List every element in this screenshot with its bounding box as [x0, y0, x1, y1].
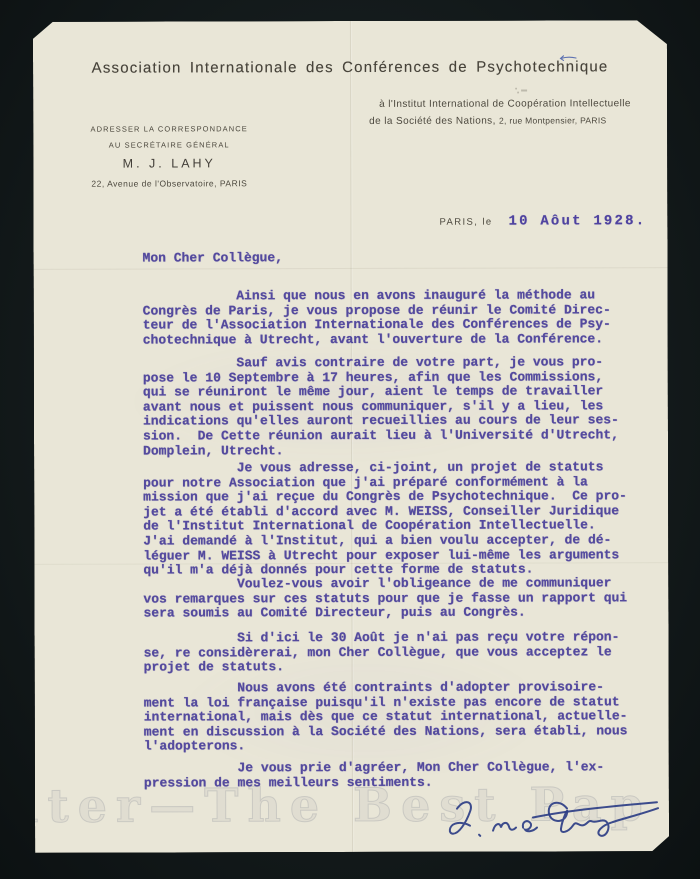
- letterhead-correspondence-block: ADRESSER LA CORRESPONDANCE AU SECRÉTAIRE…: [81, 124, 257, 188]
- pen-mark: [558, 53, 578, 63]
- paragraph-2: Sauf avis contraire de votre part, je vo…: [143, 355, 619, 458]
- paragraph-7: Je vous prie d'agréer, Mon Cher Collègue…: [144, 760, 604, 790]
- dateline: PARIS, le 10 Aôut 1928.: [439, 213, 646, 230]
- paragraph-3: Je vous adresse, ci-joint, un projet de …: [143, 460, 627, 578]
- body-line: ment en discussion à la Société des Nati…: [144, 724, 628, 740]
- paragraph-6: Nous avons été contraints d'adopter prov…: [144, 680, 628, 754]
- salutation: Mon Cher Collègue,: [143, 251, 283, 266]
- body-line: Domplein, Utrecht.: [143, 443, 619, 459]
- body-line: se, re considèrerai, mon Cher Collègue, …: [144, 645, 620, 661]
- letter-page: iter—The Best Pap Association Internatio…: [33, 20, 669, 853]
- body-line: projet de statuts.: [144, 659, 620, 675]
- body-line: chotechnique à Utrecht, avant l'ouvertur…: [143, 332, 611, 348]
- letterhead-affiliation: à l'Institut International de Coopératio…: [369, 96, 631, 130]
- secretary-name: M. J. LAHY: [81, 156, 257, 170]
- affiliation-line-1: à l'Institut International de Coopératio…: [379, 96, 631, 113]
- body-line: sion. De Cette réunion aurait lieu à l'U…: [143, 428, 619, 444]
- paragraph-5: Si d'ici le 30 Août je n'ai pas reçu vot…: [144, 630, 620, 675]
- affiliation-line-2: de la Société des Nations, 2, rue Montpe…: [369, 112, 631, 130]
- body-line: pression de mes meilleurs sentiments.: [144, 775, 604, 791]
- body-line: Je vous prie d'agréer, Mon Cher Collègue…: [144, 760, 604, 776]
- correspondence-note-line-1: ADRESSER LA CORRESPONDANCE: [81, 124, 257, 133]
- correspondence-note-line-2: AU SECRÉTAIRE GÉNÉRAL: [81, 140, 257, 149]
- pencil-mark: [515, 87, 527, 95]
- paragraph-1: Ainsi que nous en avons inauguré la méth…: [143, 288, 611, 348]
- dateline-typed-date: 10 Aôut 1928.: [508, 213, 646, 229]
- body-line: sera soumis au Comité Directeur, puis au…: [143, 605, 627, 621]
- signature-handwriting: [415, 792, 673, 863]
- body-line: l'adopterons.: [144, 739, 628, 755]
- secretary-address: 22, Avenue de l'Observatoire, PARIS: [81, 178, 257, 188]
- paragraph-4: Voulez-vous avoir l'obligeance de me com…: [143, 576, 627, 621]
- dateline-printed-label: PARIS, le: [439, 217, 492, 228]
